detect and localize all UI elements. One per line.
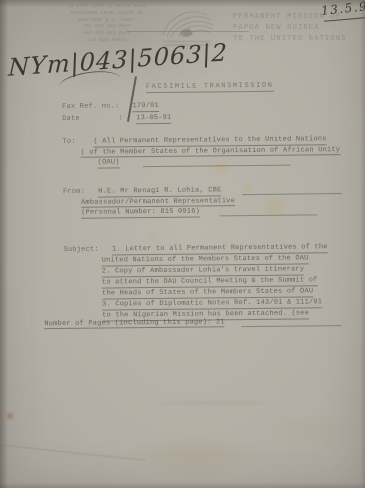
to-line: ( of the Member States of the Organisati… bbox=[81, 146, 341, 158]
to-row: (OAU) bbox=[98, 157, 291, 168]
subject-row: 2. Copy of Ambassador Lohia's travel iti… bbox=[102, 265, 305, 275]
from-line-underline-extension bbox=[219, 207, 317, 216]
subject-row: the Heads of States of the Members State… bbox=[102, 287, 313, 297]
subject-row: 3. Copies of Diplomatic Notes Ref. 143/9… bbox=[102, 298, 322, 308]
subject-line: the Heads of States of the Members State… bbox=[102, 287, 313, 299]
from-line: H.E. Mr Renagi R. Lohia, CBE bbox=[98, 186, 221, 197]
date-value: 13-05-91 bbox=[136, 114, 171, 124]
fax-ref-value: 179/91 bbox=[132, 102, 159, 112]
subject-line: United Nations of the Members States of … bbox=[102, 254, 309, 266]
paper-smudge bbox=[140, 398, 290, 408]
subject-row: Subject: 1. Letter to all Permanent Repr… bbox=[64, 243, 328, 254]
from-line: (Personal Number: 815 0916) bbox=[81, 208, 200, 219]
from-line-underline-extension bbox=[242, 186, 342, 195]
subject-line: 1. Letter to all Permanent Representativ… bbox=[112, 243, 328, 255]
subject-line: 3. Copies of Diplomatic Notes Ref. 143/9… bbox=[102, 298, 322, 310]
subject-line: to attend the OAU Council Meeting & the … bbox=[102, 276, 318, 288]
subject-label: Subject: bbox=[64, 246, 99, 254]
from-row: Ambassador/Permanent Representative bbox=[81, 197, 235, 207]
fax-cover-page: 14 EAST 46TH ST PLAZA BLDG MEZZANINE LEV… bbox=[0, 0, 365, 488]
subject-row: United Nations of the Members States of … bbox=[102, 254, 309, 264]
from-row: (Personal Number: 815 0916) bbox=[81, 206, 317, 217]
subject-row: to attend the OAU Council Meeting & the … bbox=[102, 276, 318, 286]
to-label: To: bbox=[62, 138, 75, 146]
fax-ref-label: Fax Ref. no.: bbox=[62, 102, 119, 111]
page-count-line: Number of Pages (including this page): 2… bbox=[44, 318, 225, 329]
from-row: From: H.E. Mr Renagi R. Lohia, CBE bbox=[63, 185, 342, 197]
date-separator: : bbox=[119, 114, 123, 122]
from-line: Ambassador/Permanent Representative bbox=[81, 197, 235, 208]
to-row: To: ( All Permanent Representatives to t… bbox=[62, 135, 326, 146]
to-row: ( of the Member States of the Organisati… bbox=[81, 146, 341, 157]
page-count-row: Number of Pages (including this page): 2… bbox=[44, 317, 341, 329]
to-line-underline-extension bbox=[142, 158, 290, 168]
date-label: Date bbox=[62, 115, 80, 123]
fax-ref-row: Fax Ref. no.: 179/91 bbox=[62, 102, 159, 111]
to-line: (OAU) bbox=[98, 158, 120, 168]
document-title: FACSIMILE TRANSMISSION bbox=[146, 82, 274, 93]
from-label: From: bbox=[63, 188, 85, 196]
page-count-underline-extension bbox=[242, 318, 342, 327]
date-row: Date : 13-05-91 bbox=[62, 114, 171, 123]
subject-line: 2. Copy of Ambassador Lohia's travel iti… bbox=[102, 265, 305, 277]
typed-body: FACSIMILE TRANSMISSION Fax Ref. no.: 179… bbox=[0, 0, 365, 488]
